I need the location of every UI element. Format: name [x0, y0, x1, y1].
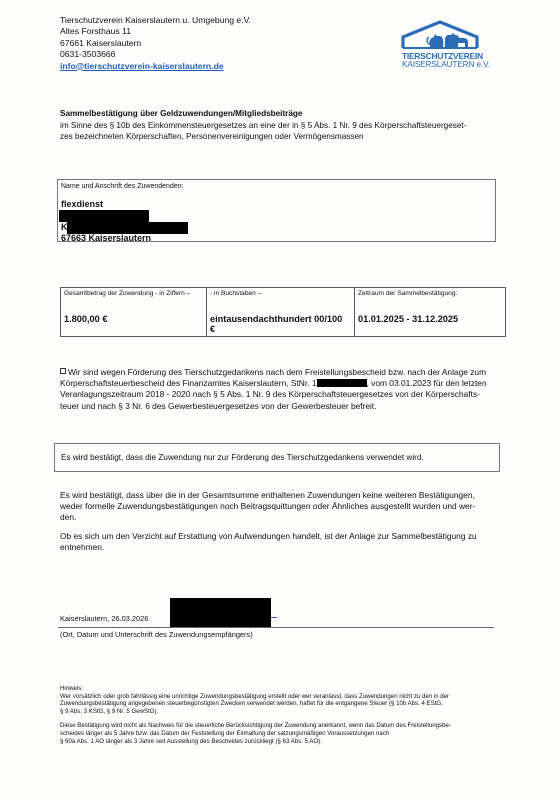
organization-logo: TIERSCHUTZVEREIN KAISERSLAUTERN e.V.: [400, 20, 480, 68]
signature-line: [58, 627, 494, 628]
amount-words-line-1: eintausendachthundert 00/100: [210, 314, 342, 324]
note-line: Zuwendungsbestätigung angegebenen steuer…: [60, 700, 540, 708]
tax-exemption-paragraph: Wir sind wegen Förderung des Tierschutzg…: [60, 367, 530, 412]
note-line: § 9 Abs. 3 KStG, § 9 Nr. 5 GewStG).: [60, 708, 540, 716]
note-line: Wer vorsätzlich oder grob fahrlässig ein…: [60, 693, 540, 701]
legal-note: Hinweis: Wer vorsätzlich oder grob fahrl…: [60, 685, 540, 745]
sender-address: Tierschutzverein Kaiserslautern u. Umgeb…: [60, 15, 251, 72]
period-value: 01.01.2025 - 31.12.2025: [358, 314, 458, 324]
exemption-line-2b: , vom 03.01.2023 für den letzten: [367, 378, 487, 388]
paragraph-line: den.: [60, 512, 530, 523]
exemption-line-4: teuer und nach § 3 Nr. 6 des Gewerbesteu…: [60, 401, 530, 412]
sender-street: Altes Forsthaus 11: [60, 26, 251, 37]
donor-label: Name und Anschrift des Zuwendenden:: [61, 183, 184, 190]
donor-box: Name und Anschrift des Zuwendenden: flex…: [57, 179, 496, 242]
signature-stroke: [271, 617, 277, 618]
document-title: Sammelbestätigung über Geldzuwendungen/M…: [60, 108, 530, 120]
paragraph-line: entnehmen.: [60, 542, 530, 553]
expense-waiver-paragraph: Ob es sich um den Verzicht auf Erstattun…: [60, 531, 530, 553]
donor-city: 67663 Kaiserslautern: [61, 233, 151, 243]
sender-city: 67661 Kaiserslautern: [60, 38, 251, 49]
period-label: Zeitraum der Sammelbestätigung:: [358, 290, 457, 297]
sender-phone: 0631-3503666: [60, 49, 251, 60]
amount-digits-value: 1.800,00 €: [64, 314, 107, 324]
donor-name: flexdienst: [61, 199, 103, 209]
amount-words-line-2: €: [210, 324, 342, 334]
exemption-line-2a: Körperschaftsteuerbescheid des Finanzamt…: [60, 378, 317, 388]
exemption-line-3: Veranlagungszeitraum 2018 - 2020 nach § …: [60, 389, 530, 400]
paragraph-line: weder formelle Zuwendungsbestätigungen n…: [60, 501, 530, 512]
signature-redaction: [170, 598, 271, 628]
paragraph-line: Es wird bestätigt, dass über die in der …: [60, 490, 530, 501]
sender-name: Tierschutzverein Kaiserslautern u. Umgeb…: [60, 15, 251, 26]
redaction-bar: [317, 379, 367, 387]
amount-words-value: eintausendachthundert 00/100 €: [210, 314, 342, 334]
redaction-bar: [59, 210, 149, 222]
document-title-block: Sammelbestätigung über Geldzuwendungen/M…: [60, 108, 530, 143]
amount-digits-label: Gesamtbetrag der Zuwendung - in Ziffern …: [64, 290, 190, 297]
no-further-confirmations-paragraph: Es wird bestätigt, dass über die in der …: [60, 490, 530, 524]
purpose-confirmation-box: Es wird bestätigt, dass die Zuwendung nu…: [54, 443, 500, 472]
period-cell: Zeitraum der Sammelbestätigung: 01.01.20…: [355, 288, 505, 336]
purpose-confirmation-text: Es wird bestätigt, dass die Zuwendung nu…: [61, 453, 424, 462]
signature-caption: (Ort, Datum und Unterschrift des Zuwendu…: [60, 630, 253, 639]
logo-subtitle: KAISERSLAUTERN e.V.: [402, 60, 490, 69]
note-line: § 60a Abs. 1 AO länger als 3 Jahre seit …: [60, 738, 540, 746]
note-heading: Hinweis:: [60, 685, 540, 693]
amount-words-cell: - in Buchstaben – eintausendachthundert …: [207, 288, 355, 336]
exemption-line-1: Wir sind wegen Förderung des Tierschutzg…: [68, 367, 486, 377]
title-subline-2: zes bezeichneten Körperschaften, Persone…: [60, 131, 530, 143]
title-subline-1: im Sinne des § 10b des Einkommensteuerge…: [60, 120, 530, 132]
signature-place-date: Kaiserslautern, 26.03.2026: [60, 614, 148, 623]
amount-words-label: - in Buchstaben –: [210, 290, 261, 297]
amount-digits-cell: Gesamtbetrag der Zuwendung - in Ziffern …: [61, 288, 207, 336]
note-line: scheides länger als 5 Jahre bzw. das Dat…: [60, 730, 540, 738]
house-animals-icon: [400, 20, 480, 50]
sender-email-link[interactable]: info@tierschutzverein-kaiserslautern.de: [60, 61, 251, 72]
paragraph-line: Ob es sich um den Verzicht auf Erstattun…: [60, 531, 530, 542]
checkbox-icon: [60, 368, 66, 374]
note-line: Diese Bestätigung wird nicht als Nachwei…: [60, 722, 540, 730]
amount-table: Gesamtbetrag der Zuwendung - in Ziffern …: [60, 287, 506, 337]
